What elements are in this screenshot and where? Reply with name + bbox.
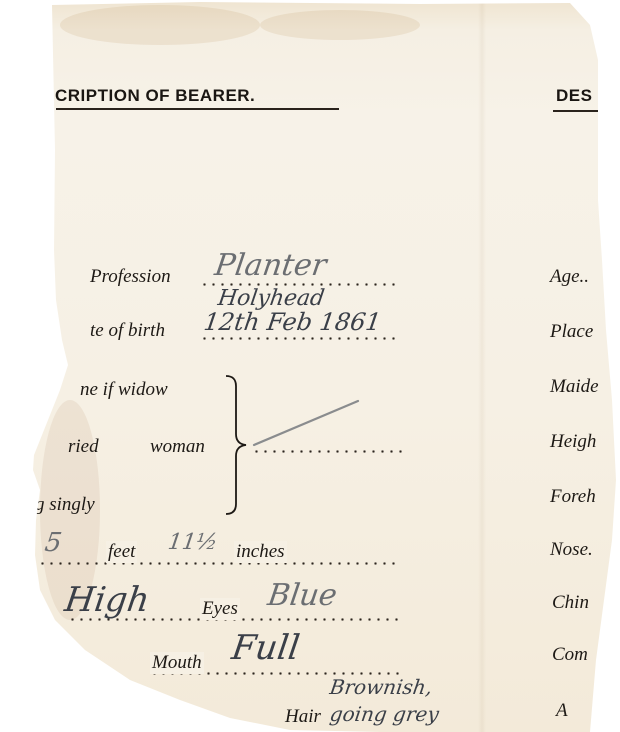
- right-label-complexion: Com: [552, 644, 588, 666]
- eyes-value: Blue: [266, 578, 340, 613]
- section-heading-right: DES: [556, 86, 592, 106]
- right-label-height: Heigh: [550, 431, 596, 453]
- height-inches-value: 11½: [166, 530, 219, 555]
- right-label-a: A: [556, 700, 568, 722]
- right-label-age: Age..: [550, 266, 589, 288]
- stain: [260, 10, 420, 40]
- pencil-dash-mark: [250, 395, 365, 450]
- right-label-chin: Chin: [552, 592, 589, 614]
- singly-label: g singly: [35, 494, 95, 516]
- forehead-value: High: [62, 580, 152, 620]
- eyes-label: Eyes: [200, 598, 240, 620]
- profession-label: Profession: [90, 266, 171, 288]
- hair-value-line2: going grey: [328, 702, 440, 726]
- mouth-label: Mouth: [150, 652, 204, 674]
- married-label: ried: [68, 436, 99, 458]
- date-of-birth-value: 12th Feb 1861: [202, 308, 383, 336]
- right-label-place: Place: [550, 321, 593, 343]
- height-dotted-line: [38, 562, 400, 565]
- feet-label: feet: [106, 541, 137, 563]
- hair-label: Hair: [285, 706, 321, 728]
- paper-sheet: CRIPTION OF BEARER. DES Profession Plant…: [0, 0, 620, 732]
- section-heading-left: CRIPTION OF BEARER.: [55, 86, 255, 106]
- right-label-forehead: Foreh: [550, 486, 596, 508]
- profession-value: Planter: [213, 248, 329, 283]
- woman-label: woman: [150, 436, 205, 458]
- marital-dotted-line: [252, 450, 402, 453]
- date-of-birth-dotted-line: [200, 337, 400, 340]
- date-of-birth-label: te of birth: [90, 320, 165, 342]
- hair-value-line1: Brownish,: [328, 675, 434, 699]
- stain: [60, 5, 260, 45]
- right-label-nose: Nose.: [550, 539, 593, 561]
- widow-label: ne if widow: [80, 379, 168, 401]
- right-label-maiden: Maide: [550, 376, 599, 398]
- mouth-value: Full: [229, 628, 302, 668]
- brace-icon: [222, 374, 252, 516]
- paper-fold: [478, 0, 486, 732]
- heading-underline-left: [56, 108, 339, 110]
- inches-label: inches: [234, 541, 287, 563]
- heading-underline-right: [553, 110, 598, 112]
